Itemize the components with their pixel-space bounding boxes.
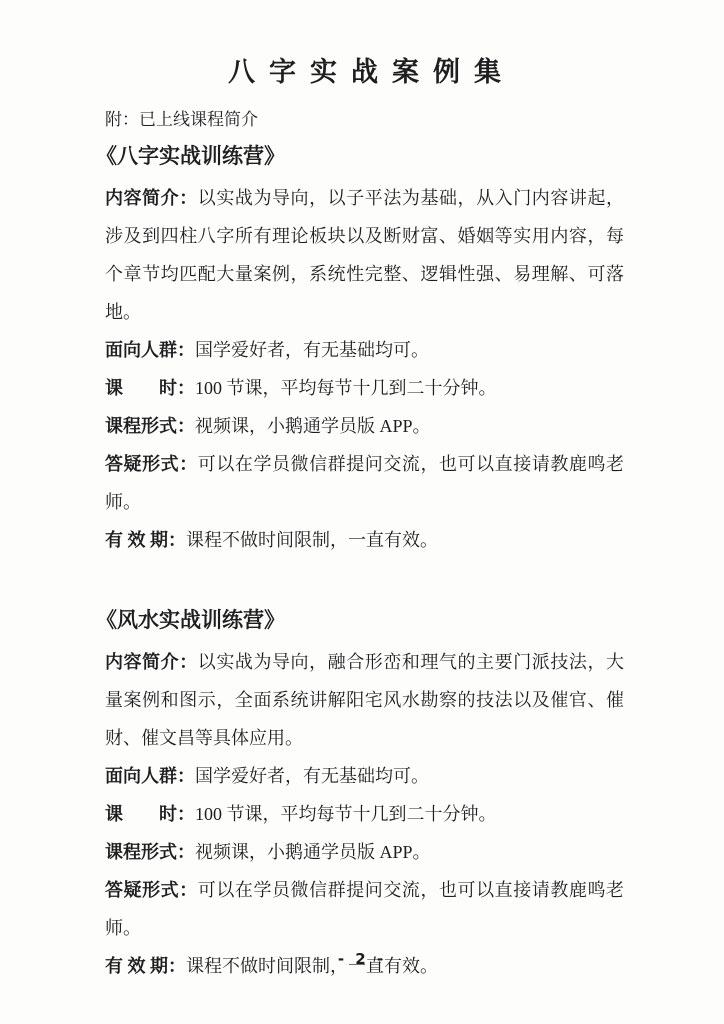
field-text: 国学爱好者，有无基础均可。 (195, 340, 429, 360)
field-label: 内容简介： (105, 188, 198, 208)
field-text: 视频课，小鹅通学员版 APP。 (195, 416, 431, 436)
field-course-format: 课程形式：视频课，小鹅通学员版 APP。 (105, 407, 624, 445)
field-label: 内容简介： (105, 652, 198, 672)
field-course-intro: 内容简介：以实战为导向，融合形峦和理气的主要门派技法，大量案例和图示，全面系统讲… (105, 643, 624, 757)
field-label: 课程形式： (105, 416, 195, 436)
field-target-audience: 面向人群：国学爱好者，有无基础均可。 (105, 757, 624, 795)
attachment-note: 附：已上线课程简介 (105, 105, 624, 135)
field-class-hours: 课 时：100 节课，平均每节十几到二十分钟。 (105, 369, 624, 407)
page-number: - 2 - (0, 950, 724, 968)
field-text: 100 节课，平均每节十几到二十分钟。 (195, 378, 497, 398)
field-text: 100 节课，平均每节十几到二十分钟。 (195, 804, 497, 824)
field-text: 以实战为导向，以子平法为基础，从入门内容讲起，涉及到四柱八字所有理论板块以及断财… (105, 188, 624, 322)
field-label: 有 效 期： (105, 530, 186, 550)
field-text: 视频课，小鹅通学员版 APP。 (195, 842, 431, 862)
section-fengshui-training-camp: 《风水实战训练营》 内容简介：以实战为导向，融合形峦和理气的主要门派技法，大量案… (105, 603, 624, 985)
document-page: 八字实战案例集 附：已上线课程简介 《八字实战训练营》 内容简介：以实战为导向，… (0, 0, 724, 1024)
page-title: 八字实战案例集 (105, 50, 624, 89)
field-text: 国学爱好者，有无基础均可。 (195, 766, 429, 786)
field-label: 课 时： (105, 378, 195, 398)
field-label: 答疑形式： (105, 454, 198, 474)
field-label: 课 时： (105, 804, 195, 824)
field-label: 面向人群： (105, 766, 195, 786)
field-qa-format: 答疑形式：可以在学员微信群提问交流，也可以直接请教鹿鸣老师。 (105, 445, 624, 521)
section-heading: 《八字实战训练营》 (96, 139, 624, 173)
field-course-intro: 内容简介：以实战为导向，以子平法为基础，从入门内容讲起，涉及到四柱八字所有理论板… (105, 179, 624, 331)
field-course-format: 课程形式：视频课，小鹅通学员版 APP。 (105, 833, 624, 871)
field-validity-period: 有 效 期：课程不做时间限制，一直有效。 (105, 521, 624, 559)
field-label: 答疑形式： (105, 880, 198, 900)
field-text: 课程不做时间限制，一直有效。 (186, 530, 438, 550)
field-qa-format: 答疑形式：可以在学员微信群提问交流，也可以直接请教鹿鸣老师。 (105, 871, 624, 947)
section-heading: 《风水实战训练营》 (96, 603, 624, 637)
field-class-hours: 课 时：100 节课，平均每节十几到二十分钟。 (105, 795, 624, 833)
field-label: 面向人群： (105, 340, 195, 360)
field-target-audience: 面向人群：国学爱好者，有无基础均可。 (105, 331, 624, 369)
section-bazi-training-camp: 《八字实战训练营》 内容简介：以实战为导向，以子平法为基础，从入门内容讲起，涉及… (105, 139, 624, 559)
field-label: 课程形式： (105, 842, 195, 862)
